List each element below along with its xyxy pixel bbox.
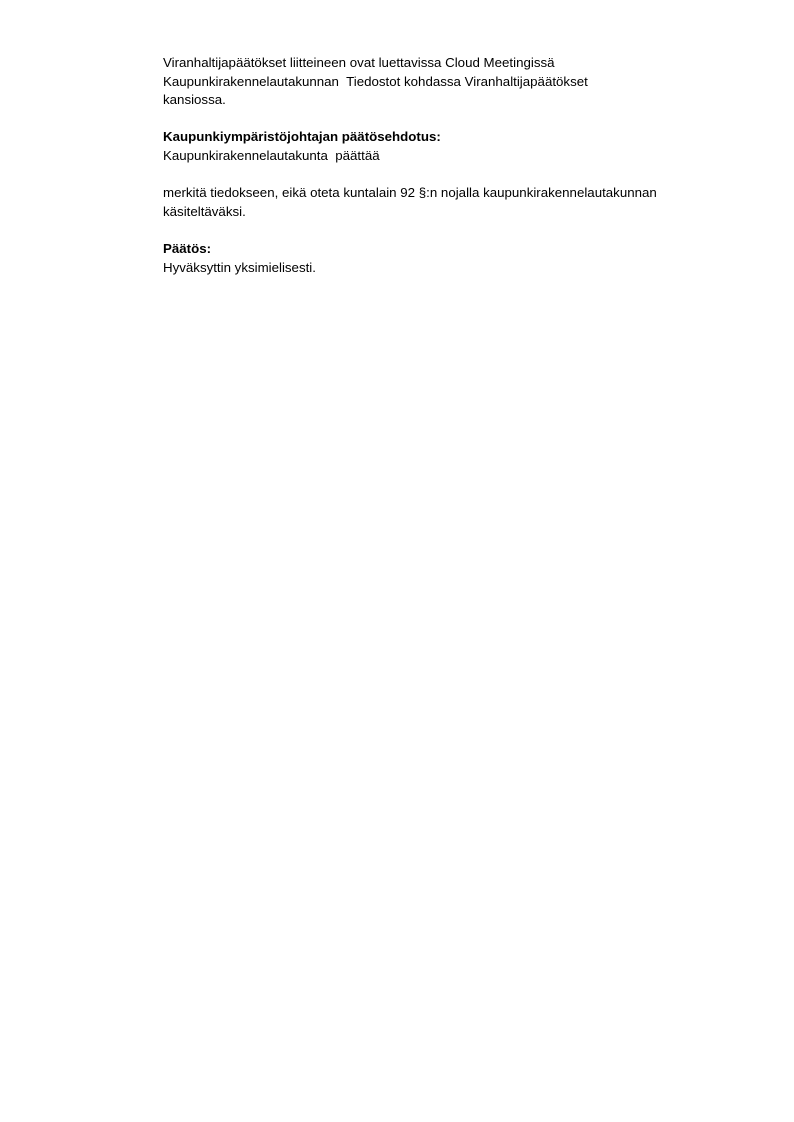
intro-line: kansiossa. [163, 91, 723, 110]
spacer [163, 221, 723, 240]
decision-text: Hyväksyttin yksimielisesti. [163, 259, 723, 278]
intro-paragraph: Viranhaltijapäätökset liitteineen ovat l… [163, 54, 723, 110]
proposal-heading: Kaupunkiympäristöjohtajan päätösehdotus: [163, 128, 723, 147]
decision-heading: Päätös: [163, 240, 723, 259]
proposal-body-line: merkitä tiedokseen, eikä oteta kuntalain… [163, 184, 723, 203]
decision-section: Päätös: Hyväksyttin yksimielisesti. [163, 240, 723, 277]
intro-line: Viranhaltijapäätökset liitteineen ovat l… [163, 54, 723, 73]
spacer [163, 166, 723, 185]
proposal-subject: Kaupunkirakennelautakunta päättää [163, 147, 723, 166]
spacer [163, 110, 723, 129]
proposal-body-line: käsiteltäväksi. [163, 203, 723, 222]
document-page: Viranhaltijapäätökset liitteineen ovat l… [163, 54, 723, 277]
intro-line: Kaupunkirakennelautakunnan Tiedostot koh… [163, 73, 723, 92]
proposal-section: Kaupunkiympäristöjohtajan päätösehdotus:… [163, 128, 723, 221]
